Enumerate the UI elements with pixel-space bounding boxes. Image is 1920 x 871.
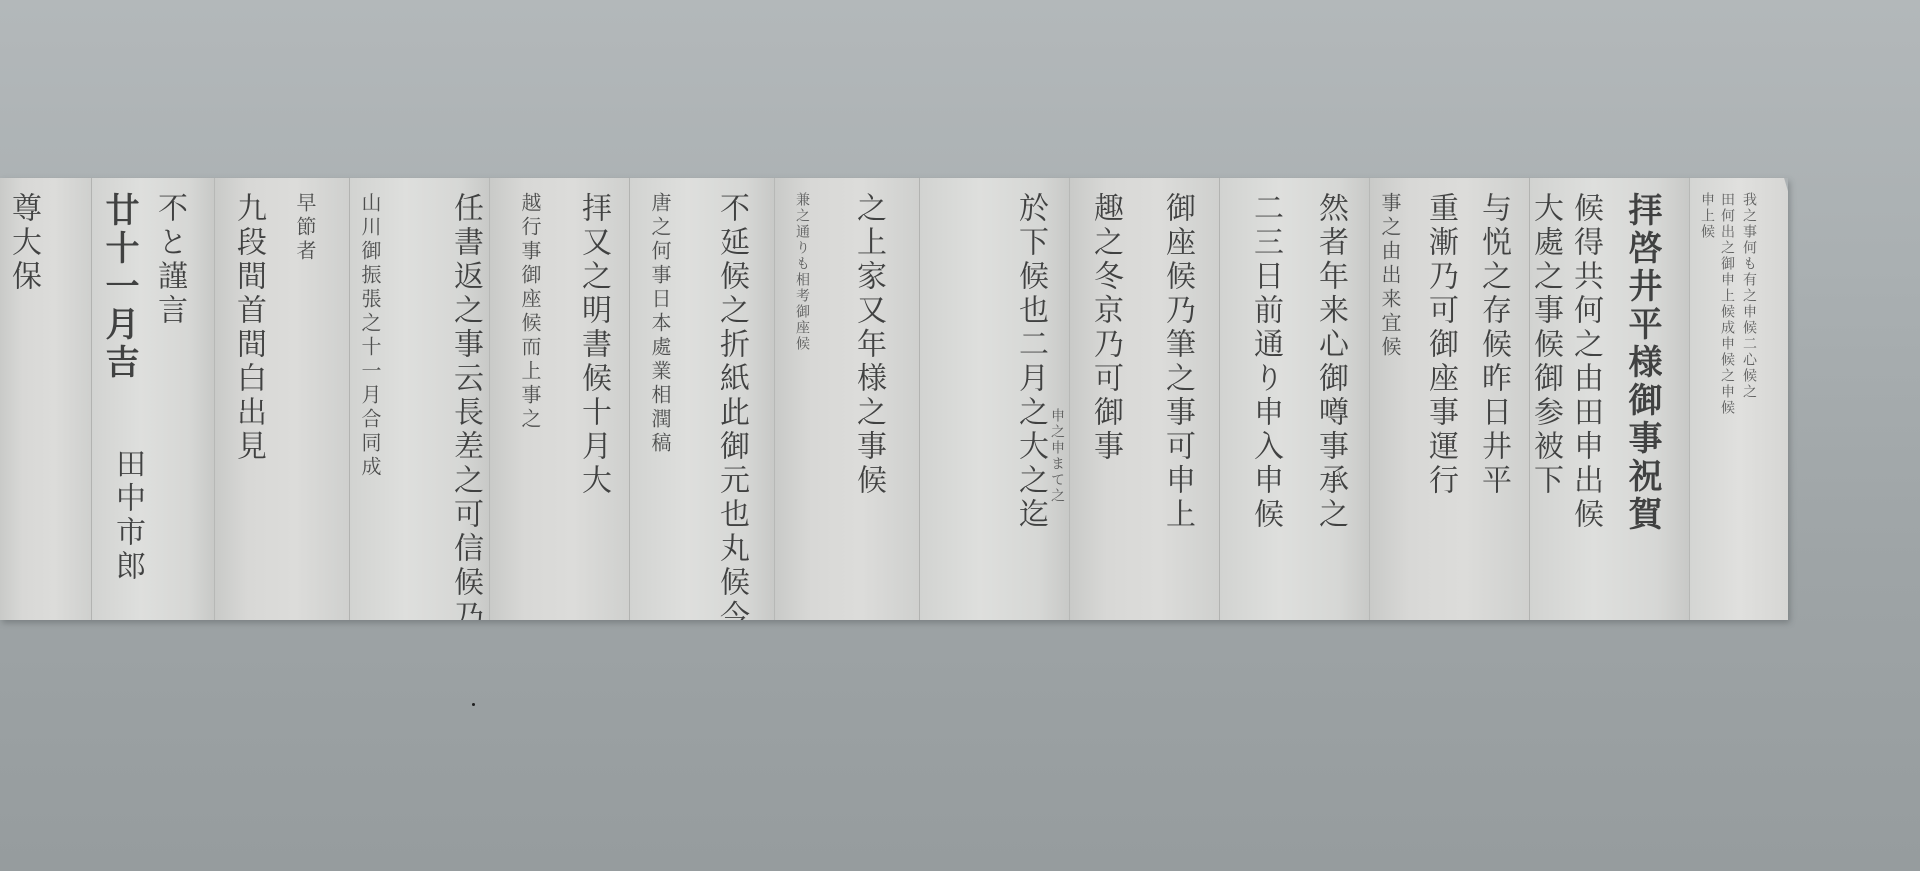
handwritten-text-column: 然者年来心御噂事承之 bbox=[1315, 192, 1345, 532]
handwritten-text-column: 不延候之折紙此御元也丸候今 bbox=[716, 192, 746, 620]
handwritten-text-column: 田中市郎 bbox=[112, 448, 142, 584]
handwritten-text-column: 申上候 bbox=[1700, 192, 1714, 240]
paper-fold-panel: 拝啓井平様御事祝賀候得共何之由田申出候大處之事候御参被下 bbox=[1530, 178, 1690, 620]
handwritten-text-column: 拝又之明書候十月大 bbox=[578, 192, 608, 498]
handwritten-text-column: 於下候也二月之大之迄 bbox=[1015, 192, 1045, 532]
handwritten-text-column: 任書返之事云長差之可信候乃 bbox=[450, 192, 480, 620]
handwritten-text-column: 早節者 bbox=[295, 192, 315, 264]
handwritten-text-column: 唐之何事日本處業相潤稿 bbox=[650, 192, 670, 456]
handwritten-text-column: 廿十一月吉 bbox=[102, 192, 136, 382]
letter-scroll: 尊大保不と謹言廿十一月吉田中市郎早節者九段間首間白出見任書返之事云長差之可信候乃… bbox=[0, 178, 1788, 620]
handwritten-text-column: 山川御振張之十一月合同成 bbox=[360, 192, 380, 480]
paper-fold-panel: 然者年来心御噂事承之二三日前通り申入申候 bbox=[1220, 178, 1370, 620]
handwritten-text-column: 御座候乃筆之事可申上 bbox=[1162, 192, 1192, 532]
handwritten-text-column: 田何出之御申上候成申候之申候 bbox=[1720, 192, 1734, 416]
handwritten-text-column: 尊大保 bbox=[8, 192, 38, 294]
handwritten-text-column: 重漸乃可御座事運行 bbox=[1425, 192, 1455, 498]
handwritten-text-column: 拝啓井平様御事祝賀 bbox=[1625, 192, 1659, 534]
handwritten-text-column: 候得共何之由田申出候 bbox=[1570, 192, 1600, 532]
paper-fold-panel: 拝又之明書候十月大越行事御座候而上事之 bbox=[490, 178, 630, 620]
paper-fold-panel: 早節者九段間首間白出見 bbox=[215, 178, 350, 620]
handwritten-text-column: 九段間首間白出見 bbox=[233, 192, 263, 464]
handwritten-text-column: 我之事何も有之申候二心候之 bbox=[1742, 192, 1756, 400]
paper-fold-panel: 与悦之存候昨日井平重漸乃可御座事運行事之由出来宜候 bbox=[1370, 178, 1530, 620]
paper-fold-panel: 尊大保 bbox=[0, 178, 92, 620]
dust-speck bbox=[472, 703, 475, 706]
handwritten-text-column: 二三日前通り申入申候 bbox=[1250, 192, 1280, 532]
handwritten-text-column: 事之由出来宜候 bbox=[1380, 192, 1400, 360]
paper-fold-panel: 我之事何も有之申候二心候之田何出之御申上候成申候之申候申上候 bbox=[1690, 178, 1788, 620]
paper-fold-panel: 任書返之事云長差之可信候乃山川御振張之十一月合同成 bbox=[350, 178, 490, 620]
paper-fold-panel: 於下候也二月之大之迄申之申まて之 bbox=[920, 178, 1070, 620]
handwritten-text-column: 之上家又年様之事候 bbox=[853, 192, 883, 498]
paper-fold-panel: 之上家又年様之事候兼之通りも相考御座候 bbox=[775, 178, 920, 620]
handwritten-text-column: 趣之冬京乃可御事 bbox=[1090, 192, 1120, 464]
handwritten-text-column: 申之申まて之 bbox=[1050, 408, 1064, 504]
handwritten-text-column: 兼之通りも相考御座候 bbox=[795, 192, 809, 352]
paper-fold-panel: 御座候乃筆之事可申上趣之冬京乃可御事 bbox=[1070, 178, 1220, 620]
paper-fold-panel: 不と謹言廿十一月吉田中市郎 bbox=[92, 178, 215, 620]
handwritten-text-column: 不と謹言 bbox=[154, 192, 184, 328]
paper-fold-panel: 不延候之折紙此御元也丸候今唐之何事日本處業相潤稿 bbox=[630, 178, 775, 620]
handwritten-text-column: 越行事御座候而上事之 bbox=[520, 192, 540, 432]
handwritten-text-column: 大處之事候御参被下 bbox=[1530, 192, 1560, 498]
handwritten-text-column: 与悦之存候昨日井平 bbox=[1478, 192, 1508, 498]
